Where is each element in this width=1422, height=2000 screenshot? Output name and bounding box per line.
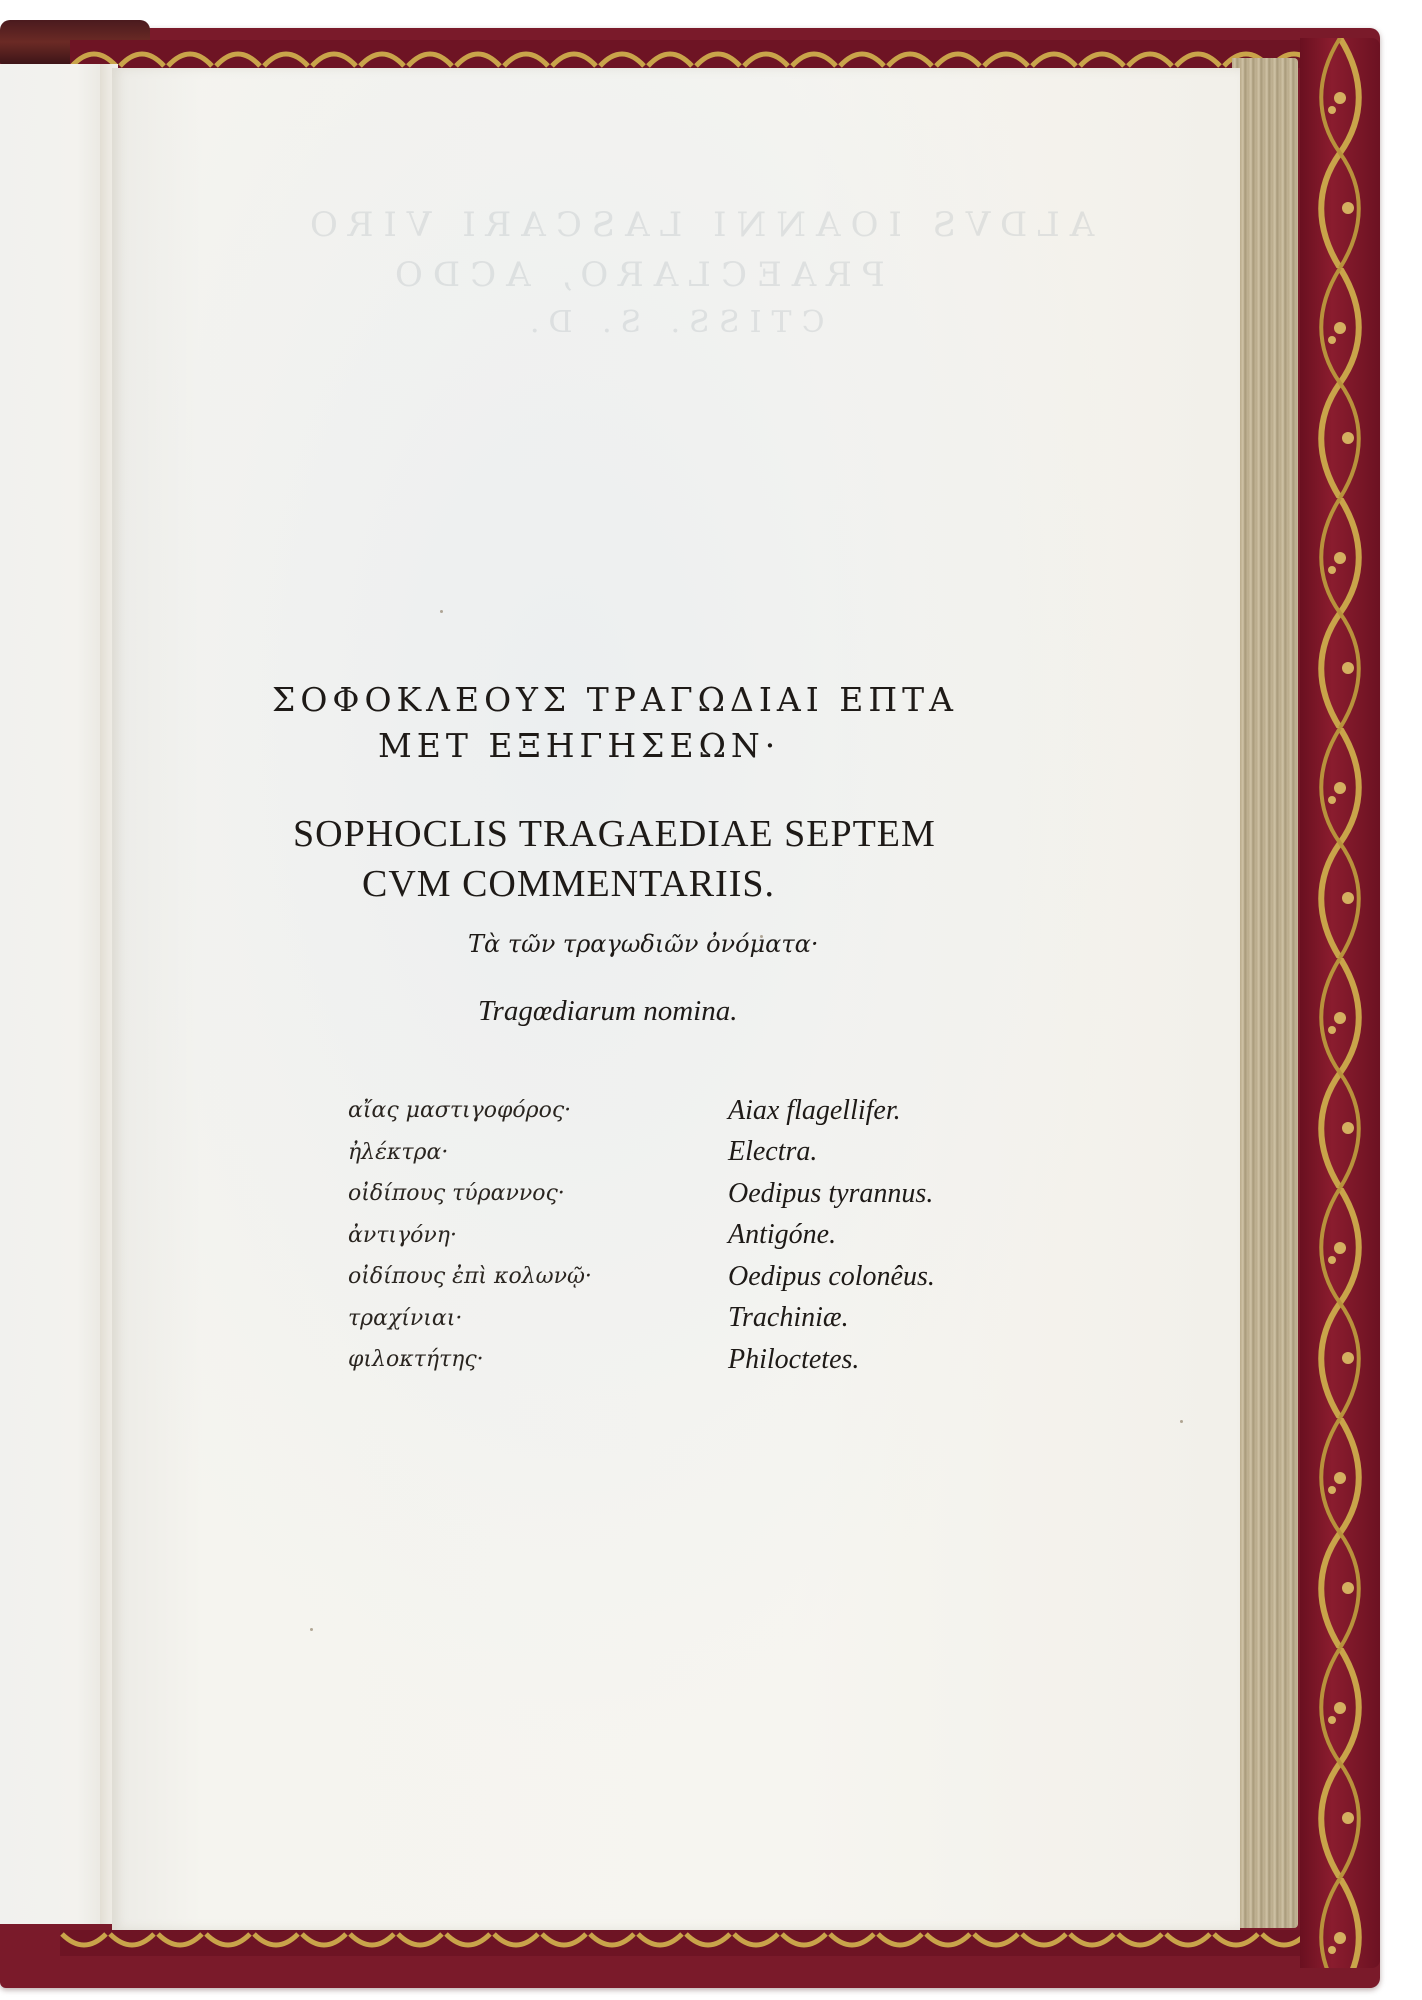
- paper-speck: [1180, 1420, 1183, 1423]
- show-through-line: PRAECLARO, ACDO: [385, 255, 885, 295]
- greek-play-name: αἴας μαστιγοφόρος·: [348, 1098, 728, 1123]
- greek-play-name: φιλοκτήτης·: [348, 1347, 728, 1372]
- greek-play-name: ἀντιγόνη·: [348, 1223, 728, 1248]
- latin-play-name: Trachiniæ.: [728, 1302, 849, 1334]
- latin-play-name: Antigóne.: [728, 1219, 836, 1251]
- latin-play-name: Philoctetes.: [728, 1344, 859, 1376]
- list-item: φιλοκτήτης· Philoctetes.: [348, 1339, 1008, 1381]
- tailband: [0, 1925, 60, 1985]
- greek-play-name: τραχίνιαι·: [348, 1306, 728, 1331]
- play-list: αἴας μαστιγοφόρος· Aiax flagellifer. ἠλέ…: [348, 1090, 1008, 1381]
- gilt-top-border: [70, 40, 1310, 68]
- greek-play-name: οἰδίπους ἐπὶ κολωνῷ·: [348, 1264, 728, 1289]
- greek-title-line-2: ΜΕΤ ΕΞΗΓΗΣΕΩΝ·: [378, 726, 780, 765]
- show-through-line: ALDVS IOANNI LASCARI VIRO: [300, 205, 1094, 245]
- greek-play-name: ἠλέκτρα·: [348, 1140, 728, 1165]
- list-item: οἰδίπους ἐπὶ κολωνῷ· Oedipus colonêus.: [348, 1256, 1008, 1298]
- show-through-line: CTISS. S. D.: [520, 305, 824, 340]
- latin-title-line-1: SOPHOCLIS TRAGAEDIAE SEPTEM: [293, 812, 936, 856]
- cover-turn-in: [1300, 38, 1380, 1968]
- latin-caption: Tragœdiarum nomina.: [478, 995, 737, 1028]
- gilt-scallop-ornament: [60, 1930, 1320, 1956]
- gilt-bottom-border: [60, 1930, 1320, 1956]
- latin-title-line-2: CVM COMMENTARIIS.: [362, 862, 775, 906]
- list-item: οἰδίπους τύραννος· Oedipus tyrannus.: [348, 1173, 1008, 1215]
- greek-caption: Τὰ τῶν τραγωδιῶν ὀνόματα·: [468, 930, 818, 958]
- greek-title-line-1: ΣΟΦΟΚΛΕΟΥΣ ΤΡΑΓΩΔΙΑΙ ΕΠΤΑ: [272, 680, 958, 719]
- latin-play-name: Electra.: [728, 1136, 817, 1168]
- page-fore-edge: [1232, 58, 1298, 1928]
- list-item: ἀντιγόνη· Antigóne.: [348, 1215, 1008, 1257]
- paper-speck: [440, 610, 443, 613]
- latin-play-name: Aiax flagellifer.: [728, 1095, 901, 1127]
- latin-play-name: Oedipus colonêus.: [728, 1261, 935, 1293]
- list-item: τραχίνιαι· Trachiniæ.: [348, 1298, 1008, 1340]
- gilt-scallop-ornament: [70, 40, 1310, 68]
- gilt-twist-ornament: [1310, 38, 1370, 1968]
- left-page: [0, 64, 110, 1924]
- greek-play-name: οἰδίπους τύραννος·: [348, 1181, 728, 1206]
- list-item: ἠλέκτρα· Electra.: [348, 1132, 1008, 1174]
- paper-speck: [310, 1628, 313, 1631]
- latin-play-name: Oedipus tyrannus.: [728, 1178, 933, 1210]
- list-item: αἴας μαστιγοφόρος· Aiax flagellifer.: [348, 1090, 1008, 1132]
